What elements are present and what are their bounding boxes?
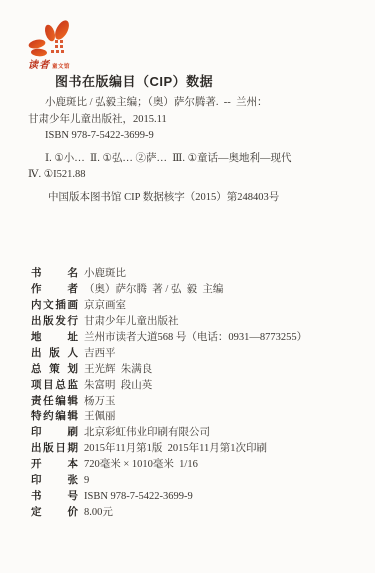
- info-label: 内文插画: [31, 298, 78, 314]
- info-label: 书号: [31, 489, 78, 505]
- info-label: 出版人: [31, 346, 78, 362]
- info-label: 地址: [31, 330, 78, 346]
- cip-registry-line: 中国版本图书馆 CIP 数据核字（2015）第248403号: [28, 190, 346, 207]
- info-value: 吉西平: [84, 346, 116, 362]
- info-value: 王佩丽: [84, 409, 116, 425]
- logo-sub-text: 童文馆: [52, 62, 70, 71]
- info-row-book-title: 书名 小鹿斑比: [31, 266, 366, 282]
- info-value: 朱富明 段山英: [84, 378, 152, 394]
- info-row-format: 开本 720毫米 × 1010毫米 1/16: [31, 457, 366, 473]
- cip-title-line: 小鹿斑比 / 弘毅主编；（奥）萨尔腾著. -- 兰州：: [28, 95, 346, 112]
- publication-info-table: 书名 小鹿斑比 作者 （奥）萨尔腾 著 / 弘 毅 主编 内文插画 京京画室 出…: [31, 266, 366, 521]
- cip-heading: 图书在版编目（CIP）数据: [55, 71, 213, 90]
- info-row-special-editor: 特约编辑 王佩丽: [31, 409, 366, 425]
- info-value: 京京画室: [84, 298, 126, 314]
- info-value: 兰州市读者大道568 号（电话：0931—8773255）: [84, 330, 307, 346]
- info-label: 书名: [31, 266, 78, 282]
- info-row-price: 定价 8.00元: [31, 505, 366, 521]
- info-row-address: 地址 兰州市读者大道568 号（电话：0931—8773255）: [31, 330, 366, 346]
- logo-wordmark: 读者 童文馆: [28, 56, 70, 71]
- info-value: ISBN 978-7-5422-3699-9: [84, 489, 193, 505]
- info-label: 项目总监: [31, 378, 78, 394]
- info-value: 北京彩虹伟业印刷有限公司: [84, 425, 210, 441]
- publisher-logo: 读者 童文馆: [27, 19, 83, 71]
- info-label: 作者: [31, 282, 78, 298]
- info-row-illustration: 内文插画 京京画室: [31, 298, 366, 314]
- info-row-isbn: 书号 ISBN 978-7-5422-3699-9: [31, 489, 366, 505]
- info-value: 9: [84, 473, 89, 489]
- info-label: 总策划: [31, 362, 78, 378]
- info-value: 720毫米 × 1010毫米 1/16: [84, 457, 198, 473]
- cip-classification-line: Ⅰ. ①小… Ⅱ. ①弘… ②萨… Ⅲ. ①童话—奥地利—现代: [28, 151, 346, 168]
- logo-script-text: 读者: [28, 56, 50, 71]
- info-row-responsible-editor: 责任编辑 杨万玉: [31, 394, 366, 410]
- info-label: 责任编辑: [31, 394, 78, 410]
- info-label: 开本: [31, 457, 78, 473]
- info-row-sheets: 印张 9: [31, 473, 366, 489]
- info-row-publisher-person: 出版人 吉西平: [31, 346, 366, 362]
- cip-isbn-line: ISBN 978-7-5422-3699-9: [28, 128, 346, 145]
- info-label: 印张: [31, 473, 78, 489]
- info-value: 8.00元: [84, 505, 113, 521]
- book-copyright-page: 读者 童文馆 图书在版编目（CIP）数据 小鹿斑比 / 弘毅主编；（奥）萨尔腾著…: [0, 0, 375, 573]
- info-row-project-director: 项目总监 朱富明 段山英: [31, 378, 366, 394]
- flower-petals-icon: [27, 19, 83, 59]
- info-label: 出版日期: [31, 441, 78, 457]
- info-label: 出版发行: [31, 314, 78, 330]
- info-value: 杨万玉: [84, 394, 116, 410]
- info-value: 甘肃少年儿童出版社: [84, 314, 179, 330]
- cip-publisher-line: 甘肃少年儿童出版社，2015.11: [28, 112, 346, 129]
- info-value: 2015年11月第1版 2015年11月第1次印刷: [84, 441, 267, 457]
- info-value: 小鹿斑比: [84, 266, 126, 282]
- info-value: 王光辉 朱满良: [84, 362, 152, 378]
- info-row-publish-date: 出版日期 2015年11月第1版 2015年11月第1次印刷: [31, 441, 366, 457]
- info-label: 印刷: [31, 425, 78, 441]
- info-row-printer: 印刷 北京彩虹伟业印刷有限公司: [31, 425, 366, 441]
- info-label: 定价: [31, 505, 78, 521]
- info-row-publisher: 出版发行 甘肃少年儿童出版社: [31, 314, 366, 330]
- info-row-author: 作者 （奥）萨尔腾 著 / 弘 毅 主编: [31, 282, 366, 298]
- cip-classification-line-2: Ⅳ. ①I521.88: [28, 167, 346, 184]
- cip-record: 小鹿斑比 / 弘毅主编；（奥）萨尔腾著. -- 兰州： 甘肃少年儿童出版社，20…: [28, 95, 346, 206]
- info-label: 特约编辑: [31, 409, 78, 425]
- info-row-chief-planner: 总策划 王光辉 朱满良: [31, 362, 366, 378]
- info-value: （奥）萨尔腾 著 / 弘 毅 主编: [84, 282, 223, 298]
